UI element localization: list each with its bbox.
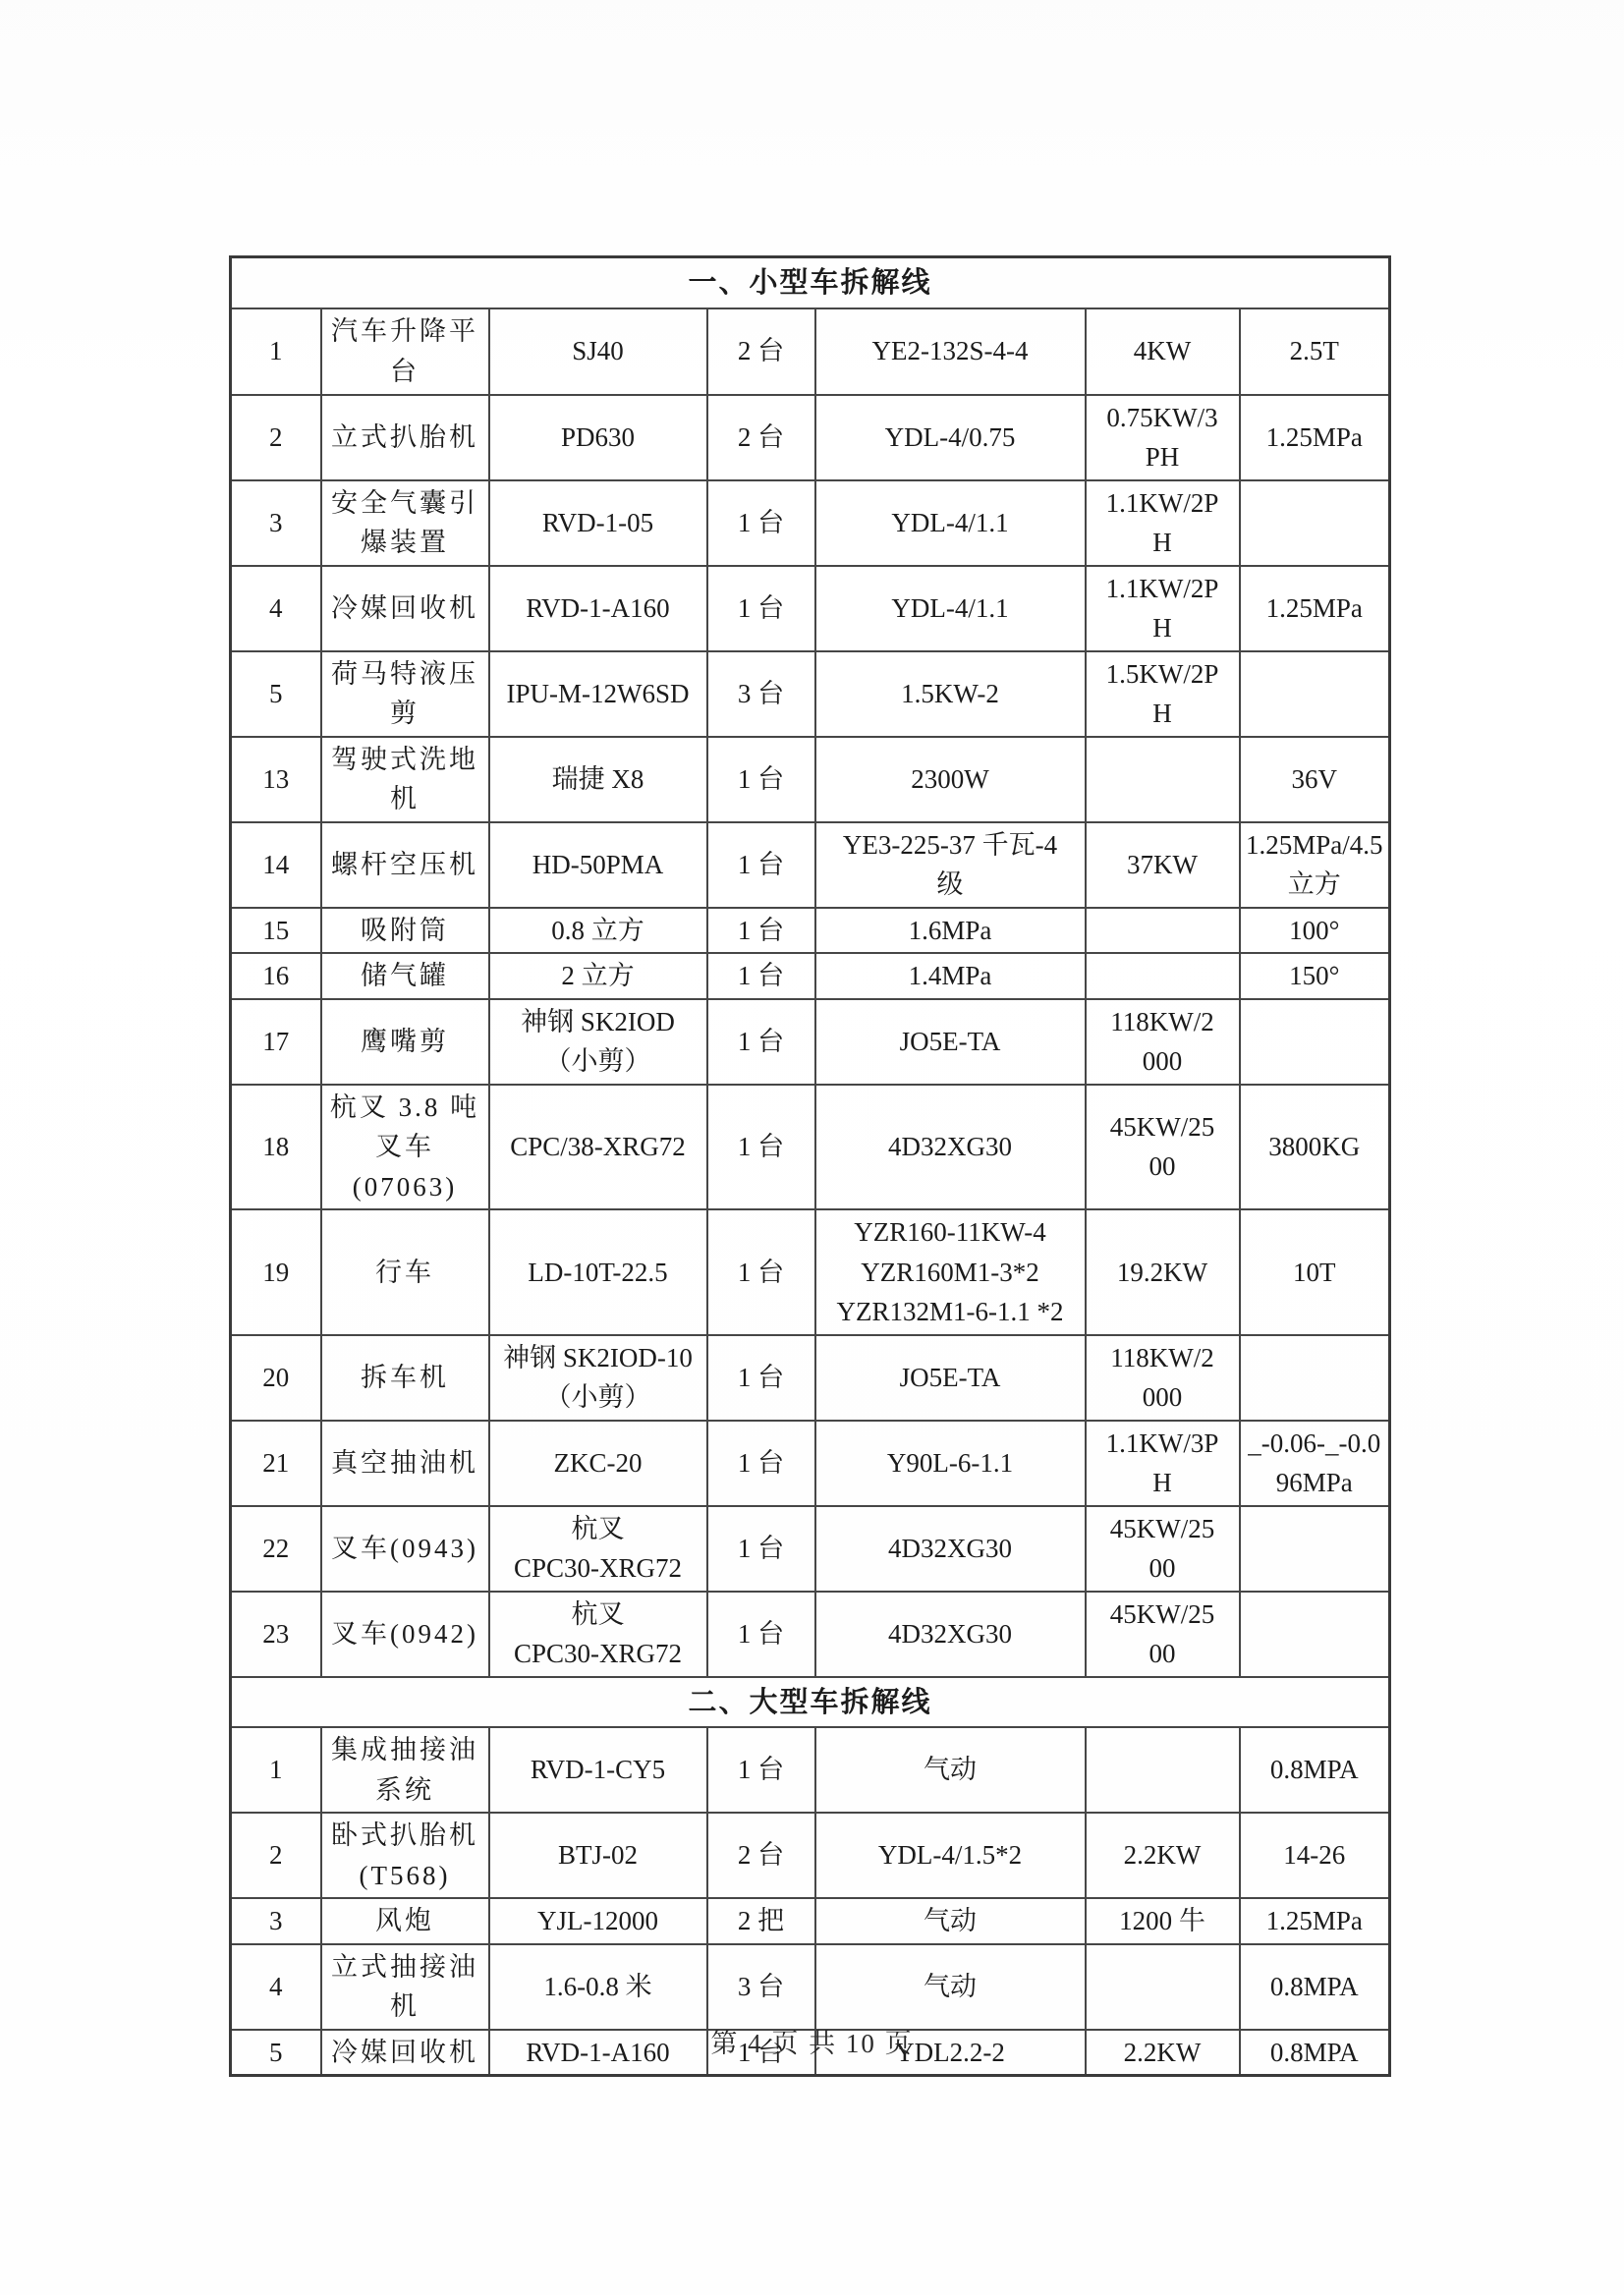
table-row: 3风炮YJL-120002 把气动1200 牛1.25MPa — [231, 1898, 1390, 1944]
table-cell: YDL-4/0.75 — [815, 395, 1086, 480]
table-cell: 1200 牛 — [1086, 1898, 1240, 1944]
table-cell: 1 台 — [707, 480, 815, 566]
document-page: 一、小型车拆解线1汽车升降平 台SJ402 台YE2-132S-4-44KW2.… — [0, 0, 1624, 2295]
table-cell: YDL-4/1.5*2 — [815, 1813, 1086, 1898]
table-cell: 吸附筒 — [321, 908, 489, 954]
table-cell — [1240, 1506, 1390, 1592]
table-row: 1集成抽接油 系统RVD-1-CY51 台气动0.8MPA — [231, 1727, 1390, 1813]
table-cell: PD630 — [489, 395, 707, 480]
table-cell: 1 台 — [707, 999, 815, 1085]
table-cell: 立式抽接油 机 — [321, 1944, 489, 2030]
table-cell: 1 台 — [707, 1209, 815, 1335]
table-cell: 真空抽油机 — [321, 1421, 489, 1506]
table-cell: 荷马特液压 剪 — [321, 651, 489, 737]
row-number-cell: 2 — [231, 395, 321, 480]
table-cell: 杭叉 CPC30-XRG72 — [489, 1592, 707, 1677]
table-cell: 瑞捷 X8 — [489, 737, 707, 822]
row-number-cell: 22 — [231, 1506, 321, 1592]
table-cell: 0.8 立方 — [489, 908, 707, 954]
row-number-cell: 3 — [231, 1898, 321, 1944]
table-cell: 4KW — [1086, 308, 1240, 395]
table-cell: 行车 — [321, 1209, 489, 1335]
table-cell: 神钢 SK2IOD-10 （小剪） — [489, 1335, 707, 1421]
table-cell — [1240, 651, 1390, 737]
table-cell: YE2-132S-4-4 — [815, 308, 1086, 395]
table-cell: 1 台 — [707, 1727, 815, 1813]
row-number-cell: 14 — [231, 822, 321, 908]
table-cell: SJ40 — [489, 308, 707, 395]
row-number-cell: 15 — [231, 908, 321, 954]
row-number-cell: 23 — [231, 1592, 321, 1677]
table-cell: 1.5KW-2 — [815, 651, 1086, 737]
table-cell: 立式扒胎机 — [321, 395, 489, 480]
table-cell: 118KW/2 000 — [1086, 1335, 1240, 1421]
section-header-row: 二、大型车拆解线 — [231, 1677, 1390, 1728]
table-cell: 14-26 — [1240, 1813, 1390, 1898]
table-cell: 3800KG — [1240, 1085, 1390, 1210]
table-row: 18杭叉 3.8 吨 叉车 (07063)CPC/38-XRG721 台4D32… — [231, 1085, 1390, 1210]
table-cell: 3 台 — [707, 1944, 815, 2030]
table-cell: 气动 — [815, 1898, 1086, 1944]
table-cell: 叉车(0943) — [321, 1506, 489, 1592]
table-cell: 杭叉 3.8 吨 叉车 (07063) — [321, 1085, 489, 1210]
table-cell: RVD-1-A160 — [489, 566, 707, 651]
table-cell — [1240, 1592, 1390, 1677]
table-cell: 118KW/2 000 — [1086, 999, 1240, 1085]
table-cell: 2300W — [815, 737, 1086, 822]
table-cell: 1.4MPa — [815, 953, 1086, 999]
table-cell — [1086, 1727, 1240, 1813]
table-cell: 叉车(0942) — [321, 1592, 489, 1677]
table-cell — [1240, 1335, 1390, 1421]
table-cell: 45KW/25 00 — [1086, 1085, 1240, 1210]
table-cell: 鹰嘴剪 — [321, 999, 489, 1085]
table-cell: Y90L-6-1.1 — [815, 1421, 1086, 1506]
table-row: 3安全气囊引 爆装置RVD-1-051 台YDL-4/1.11.1KW/2P H — [231, 480, 1390, 566]
table-cell: 汽车升降平 台 — [321, 308, 489, 395]
table-cell — [1086, 908, 1240, 954]
table-cell: 气动 — [815, 1727, 1086, 1813]
table-row: 4冷媒回收机RVD-1-A1601 台YDL-4/1.11.1KW/2P H1.… — [231, 566, 1390, 651]
table-row: 15吸附筒0.8 立方1 台1.6MPa100° — [231, 908, 1390, 954]
equipment-table: 一、小型车拆解线1汽车升降平 台SJ402 台YE2-132S-4-44KW2.… — [229, 255, 1391, 2077]
table-cell: 36V — [1240, 737, 1390, 822]
table-cell: 气动 — [815, 1944, 1086, 2030]
table-cell: 冷媒回收机 — [321, 566, 489, 651]
table-cell: _-0.06-_-0.0 96MPa — [1240, 1421, 1390, 1506]
row-number-cell: 20 — [231, 1335, 321, 1421]
table-cell: 卧式扒胎机 (T568) — [321, 1813, 489, 1898]
table-cell: 驾驶式洗地 机 — [321, 737, 489, 822]
table-cell — [1086, 953, 1240, 999]
table-row: 1汽车升降平 台SJ402 台YE2-132S-4-44KW2.5T — [231, 308, 1390, 395]
section-header-row: 一、小型车拆解线 — [231, 257, 1390, 308]
row-number-cell: 16 — [231, 953, 321, 999]
table-cell: 拆车机 — [321, 1335, 489, 1421]
table-cell: 100° — [1240, 908, 1390, 954]
row-number-cell: 19 — [231, 1209, 321, 1335]
row-number-cell: 5 — [231, 651, 321, 737]
table-cell: 安全气囊引 爆装置 — [321, 480, 489, 566]
table-cell — [1086, 1944, 1240, 2030]
table-cell — [1240, 480, 1390, 566]
table-cell: 1.25MPa — [1240, 1898, 1390, 1944]
table-row: 16储气罐2 立方1 台1.4MPa150° — [231, 953, 1390, 999]
table-row: 23叉车(0942)杭叉 CPC30-XRG721 台4D32XG3045KW/… — [231, 1592, 1390, 1677]
table-cell: LD-10T-22.5 — [489, 1209, 707, 1335]
table-cell: 1 台 — [707, 1506, 815, 1592]
table-cell: 1 台 — [707, 1421, 815, 1506]
table-cell: 10T — [1240, 1209, 1390, 1335]
row-number-cell: 4 — [231, 1944, 321, 2030]
table-cell: 1 台 — [707, 1592, 815, 1677]
table-row: 14螺杆空压机HD-50PMA1 台YE3-225-37 千瓦-4 级37KW1… — [231, 822, 1390, 908]
table-cell: YE3-225-37 千瓦-4 级 — [815, 822, 1086, 908]
table-cell: 神钢 SK2IOD （小剪） — [489, 999, 707, 1085]
table-row: 19行车LD-10T-22.51 台YZR160-11KW-4 YZR160M1… — [231, 1209, 1390, 1335]
table-cell: 3 台 — [707, 651, 815, 737]
table-cell: 1 台 — [707, 908, 815, 954]
table-cell: 1.25MPa — [1240, 395, 1390, 480]
section-header: 二、大型车拆解线 — [231, 1677, 1390, 1728]
table-cell: JO5E-TA — [815, 1335, 1086, 1421]
table-cell — [1240, 999, 1390, 1085]
table-cell: 4D32XG30 — [815, 1085, 1086, 1210]
row-number-cell: 2 — [231, 1813, 321, 1898]
row-number-cell: 17 — [231, 999, 321, 1085]
table-cell: 1.25MPa — [1240, 566, 1390, 651]
table-row: 20拆车机神钢 SK2IOD-10 （小剪）1 台JO5E-TA118KW/2 … — [231, 1335, 1390, 1421]
table-cell: 150° — [1240, 953, 1390, 999]
table-cell: 2.5T — [1240, 308, 1390, 395]
table-row: 21真空抽油机ZKC-201 台Y90L-6-1.11.1KW/3P H_-0.… — [231, 1421, 1390, 1506]
row-number-cell: 13 — [231, 737, 321, 822]
table-cell: YZR160-11KW-4 YZR160M1-3*2 YZR132M1-6-1.… — [815, 1209, 1086, 1335]
table-row: 2卧式扒胎机 (T568)BTJ-022 台YDL-4/1.5*22.2KW14… — [231, 1813, 1390, 1898]
table-cell: 1 台 — [707, 566, 815, 651]
table-cell: 45KW/25 00 — [1086, 1592, 1240, 1677]
table-cell: 4D32XG30 — [815, 1592, 1086, 1677]
table-cell: 0.75KW/3 PH — [1086, 395, 1240, 480]
table-cell: 1.5KW/2P H — [1086, 651, 1240, 737]
table-cell: 0.8MPA — [1240, 1944, 1390, 2030]
row-number-cell: 3 — [231, 480, 321, 566]
table-cell: 1.1KW/3P H — [1086, 1421, 1240, 1506]
table-cell: 2 台 — [707, 395, 815, 480]
table-cell: 19.2KW — [1086, 1209, 1240, 1335]
table-cell: 1 台 — [707, 953, 815, 999]
table-cell: 1.1KW/2P H — [1086, 566, 1240, 651]
table-row: 22叉车(0943)杭叉 CPC30-XRG721 台4D32XG3045KW/… — [231, 1506, 1390, 1592]
table-cell: 螺杆空压机 — [321, 822, 489, 908]
table-cell: 0.8MPA — [1240, 1727, 1390, 1813]
table-row: 2立式扒胎机PD6302 台YDL-4/0.750.75KW/3 PH1.25M… — [231, 395, 1390, 480]
table-cell: 1 台 — [707, 1335, 815, 1421]
table-row: 13驾驶式洗地 机瑞捷 X81 台2300W36V — [231, 737, 1390, 822]
row-number-cell: 21 — [231, 1421, 321, 1506]
table-cell: YDL-4/1.1 — [815, 566, 1086, 651]
equipment-table-body: 一、小型车拆解线1汽车升降平 台SJ402 台YE2-132S-4-44KW2.… — [231, 257, 1390, 2076]
table-cell: RVD-1-05 — [489, 480, 707, 566]
row-number-cell: 1 — [231, 1727, 321, 1813]
table-cell: 风炮 — [321, 1898, 489, 1944]
table-row: 5荷马特液压 剪IPU-M-12W6SD3 台1.5KW-21.5KW/2P H — [231, 651, 1390, 737]
table-cell: 1.6MPa — [815, 908, 1086, 954]
table-cell: YJL-12000 — [489, 1898, 707, 1944]
table-cell: IPU-M-12W6SD — [489, 651, 707, 737]
table-cell: 4D32XG30 — [815, 1506, 1086, 1592]
table-cell: ZKC-20 — [489, 1421, 707, 1506]
table-cell: 1 台 — [707, 822, 815, 908]
row-number-cell: 18 — [231, 1085, 321, 1210]
table-cell: 45KW/25 00 — [1086, 1506, 1240, 1592]
table-cell: 集成抽接油 系统 — [321, 1727, 489, 1813]
table-cell: 1 台 — [707, 737, 815, 822]
table-cell: 2.2KW — [1086, 1813, 1240, 1898]
table-cell: JO5E-TA — [815, 999, 1086, 1085]
table-cell — [1086, 737, 1240, 822]
table-cell: HD-50PMA — [489, 822, 707, 908]
table-cell: CPC/38-XRG72 — [489, 1085, 707, 1210]
table-cell: 2 把 — [707, 1898, 815, 1944]
table-cell: 1.6-0.8 米 — [489, 1944, 707, 2030]
table-cell: YDL-4/1.1 — [815, 480, 1086, 566]
table-row: 4立式抽接油 机1.6-0.8 米3 台气动0.8MPA — [231, 1944, 1390, 2030]
table-cell: BTJ-02 — [489, 1813, 707, 1898]
table-cell: 储气罐 — [321, 953, 489, 999]
table-cell: 2 台 — [707, 1813, 815, 1898]
table-cell: RVD-1-CY5 — [489, 1727, 707, 1813]
row-number-cell: 4 — [231, 566, 321, 651]
table-row: 17鹰嘴剪神钢 SK2IOD （小剪）1 台JO5E-TA118KW/2 000 — [231, 999, 1390, 1085]
table-cell: 1 台 — [707, 1085, 815, 1210]
table-cell: 37KW — [1086, 822, 1240, 908]
row-number-cell: 1 — [231, 308, 321, 395]
table-cell: 1.25MPa/4.5 立方 — [1240, 822, 1390, 908]
table-cell: 杭叉 CPC30-XRG72 — [489, 1506, 707, 1592]
table-cell: 1.1KW/2P H — [1086, 480, 1240, 566]
section-header: 一、小型车拆解线 — [231, 257, 1390, 308]
page-footer: 第 4 页 共 10 页 — [0, 2022, 1624, 2060]
table-cell: 2 台 — [707, 308, 815, 395]
table-cell: 2 立方 — [489, 953, 707, 999]
